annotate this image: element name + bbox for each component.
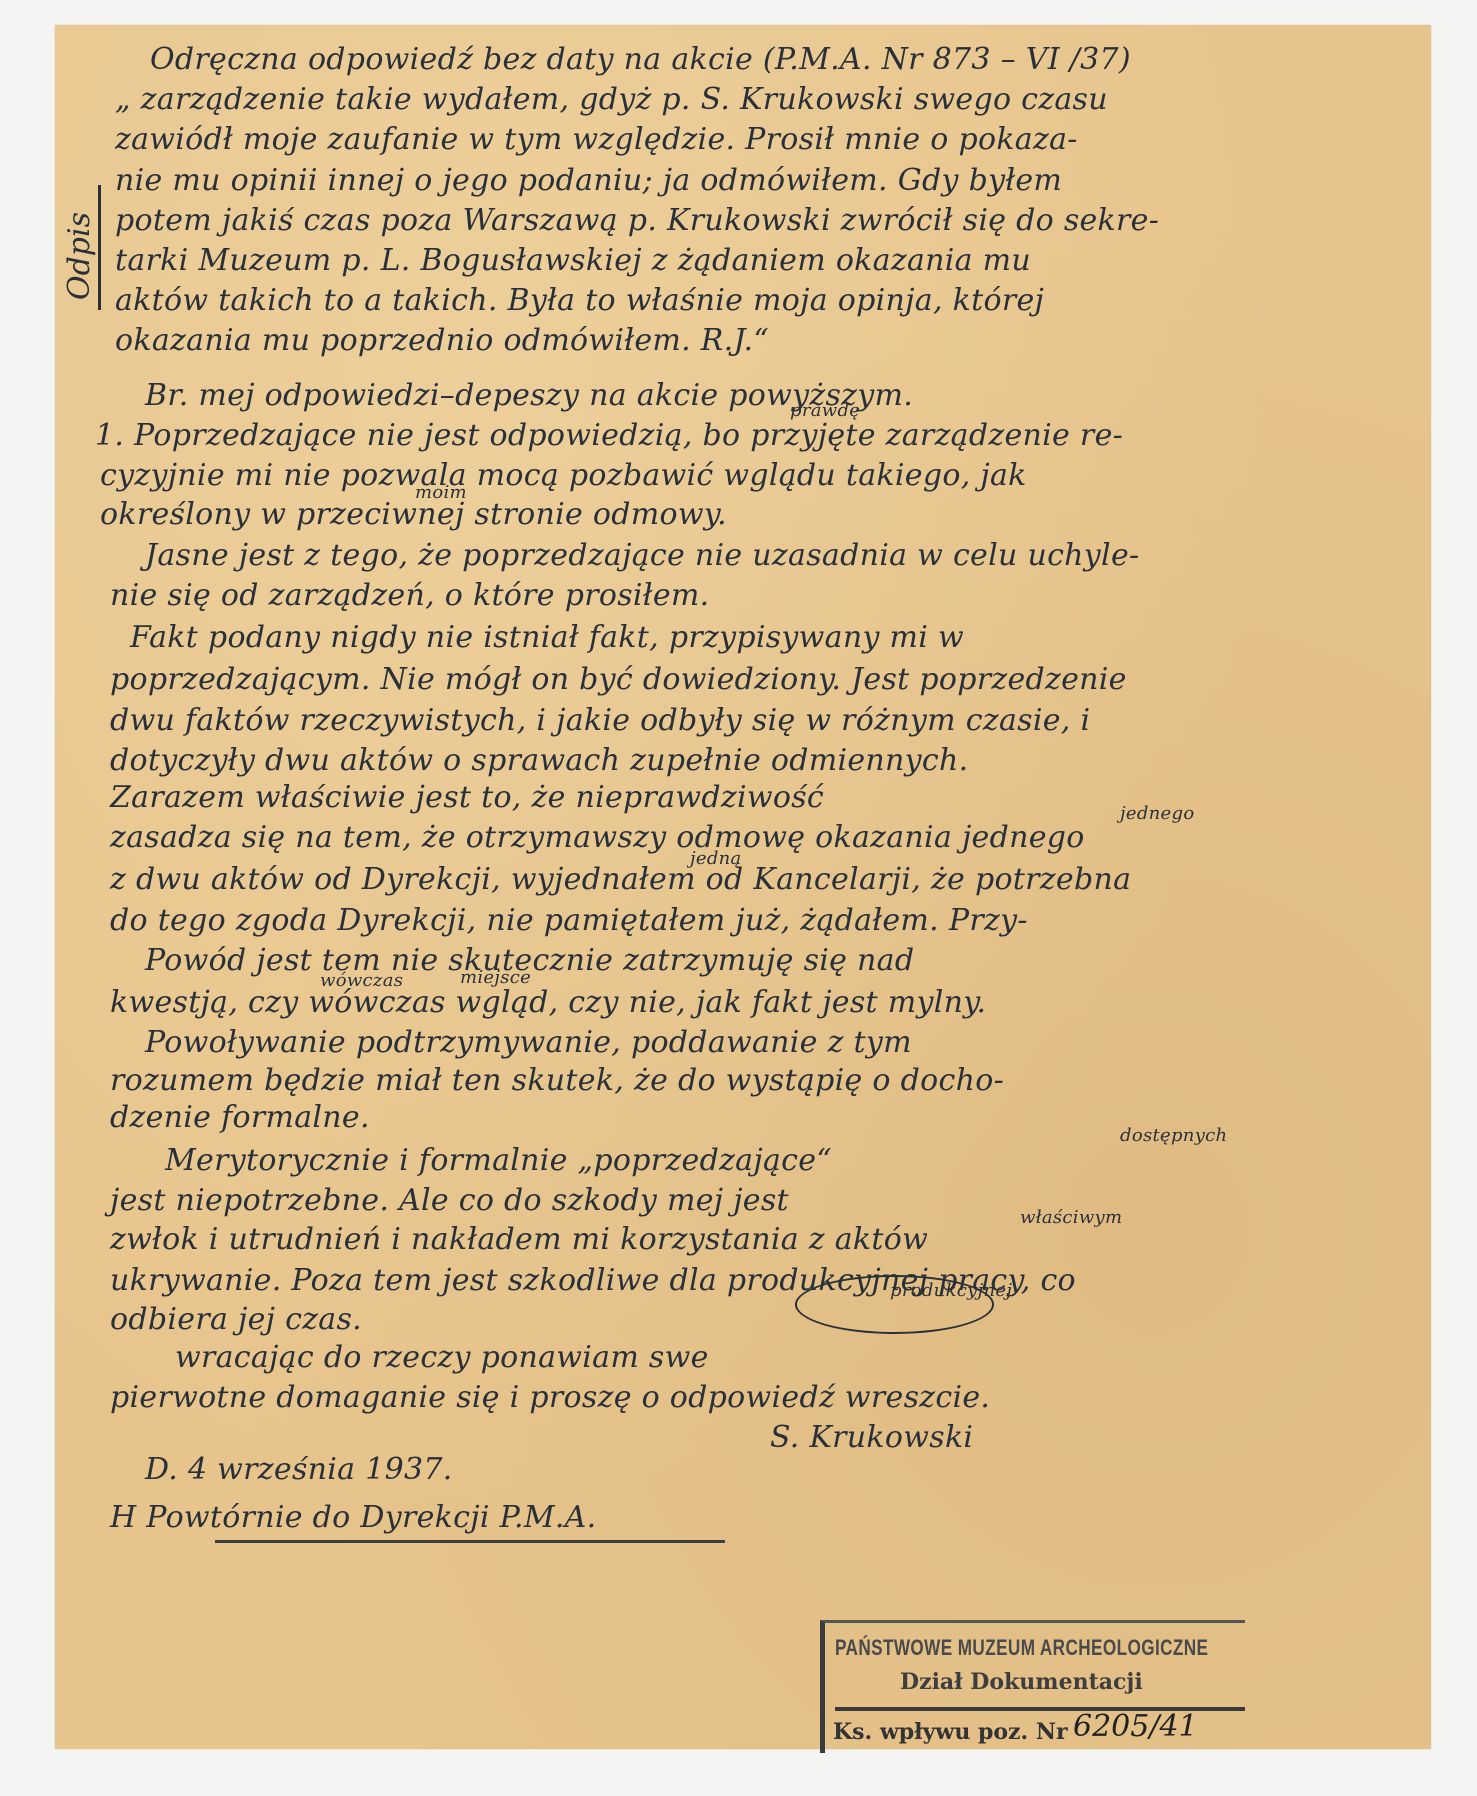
handwritten-line: z dwu aktów od Dyrekcji, wyjednałem od K… [110,862,1131,897]
margin-note-odpis: Odpis [62,212,97,300]
handwritten-line: do tego zgoda Dyrekcji, nie pamiętałem j… [110,903,1028,938]
handwritten-line: jest niepotrzebne. Ale co do szkody mej … [110,1183,789,1218]
handwritten-line: potem jakiś czas poza Warszawą p. Krukow… [115,203,1159,238]
handwritten-line: Merytorycznie i formalnie „poprzedzające… [165,1143,832,1178]
closing-underline [215,1540,725,1543]
handwritten-line: H Powtórnie do Dyrekcji P.M.A. [110,1500,596,1535]
handwritten-line: tarki Muzeum p. L. Bogusławskiej z żądan… [115,243,1031,278]
handwritten-line: dwu faktów rzeczywistych, i jakie odbyły… [110,703,1090,738]
handwritten-line: określony w przeciwnej stronie odmowy. [100,497,727,532]
handwritten-line: aktów takich to a takich. Była to właśni… [115,283,1044,318]
handwritten-line: Fakt podany nigdy nie istniał fakt, przy… [130,620,964,655]
handwritten-line: D. 4 września 1937. [145,1452,453,1487]
circled-annotation [795,1275,994,1334]
stamp-entry-number: 6205/41 [1073,1709,1198,1744]
handwritten-line: S. Krukowski [770,1420,973,1455]
interlinear-note: jedną [690,848,742,869]
handwritten-line: Powoływanie podtrzymywanie, poddawanie z… [145,1025,912,1060]
archive-stamp: PAŃSTWOWE MUZEUM ARCHEOLOGICZNE Dział Do… [820,1620,1245,1753]
handwritten-line: wracając do rzeczy ponawiam swe [175,1340,709,1375]
interlinear-note: prawdę [790,400,860,421]
interlinear-note: wówczas [320,970,403,991]
handwritten-line: Odręczna odpowiedź bez daty na akcie (P.… [150,42,1131,77]
handwritten-line: „ zarządzenie takie wydałem, gdyż p. S. … [115,82,1108,117]
handwritten-line: dzenie formalne. [110,1100,370,1135]
handwritten-line: Jasne jest z tego, że poprzedzające nie … [145,538,1139,573]
stamp-register-label: Ks. wpływu poz. Nr [833,1719,1068,1745]
handwritten-line: nie się od zarządzeń, o które prosiłem. [110,578,709,613]
stamp-institution: PAŃSTWOWE MUZEUM ARCHEOLOGICZNE [835,1635,1208,1661]
handwritten-line: kwestją, czy wówczas wgląd, czy nie, jak… [110,985,986,1020]
handwritten-line: zwłok i utrudnień i nakładem mi korzysta… [110,1222,928,1257]
handwritten-line: rozumem będzie miał ten skutek, że do wy… [110,1063,1004,1098]
interlinear-note: właściwym [1020,1207,1122,1228]
margin-bracket [98,185,101,310]
handwritten-line: zawiódł moje zaufanie w tym względzie. P… [115,122,1078,157]
handwritten-line: zasadza się na tem, że otrzymawszy odmow… [110,820,1085,855]
handwritten-line: okazania mu poprzednio odmówiłem. R.J.“ [115,323,769,358]
handwritten-line: dotyczyły dwu aktów o sprawach zupełnie … [110,743,968,778]
handwritten-line: Zarazem właściwie jest to, że nieprawdzi… [110,780,824,815]
handwritten-line: 1. Poprzedzające nie jest odpowiedzią, b… [95,418,1123,453]
handwritten-line: poprzedzającym. Nie mógł on być dowiedzi… [110,662,1127,697]
interlinear-note: jednego [1120,803,1194,824]
interlinear-note: miejsce [460,967,531,988]
interlinear-note: moim [415,482,467,503]
handwritten-line: odbiera jej czas. [110,1302,362,1337]
interlinear-note: dostępnych [1120,1125,1227,1146]
handwritten-line: pierwotne domaganie się i proszę o odpow… [110,1380,990,1415]
handwritten-line: cyzyjnie mi nie pozwala mocą pozbawić wg… [100,458,1027,493]
handwritten-line: nie mu opinii innej o jego podaniu; ja o… [115,163,1062,198]
stamp-department: Dział Dokumentacji [900,1669,1143,1695]
